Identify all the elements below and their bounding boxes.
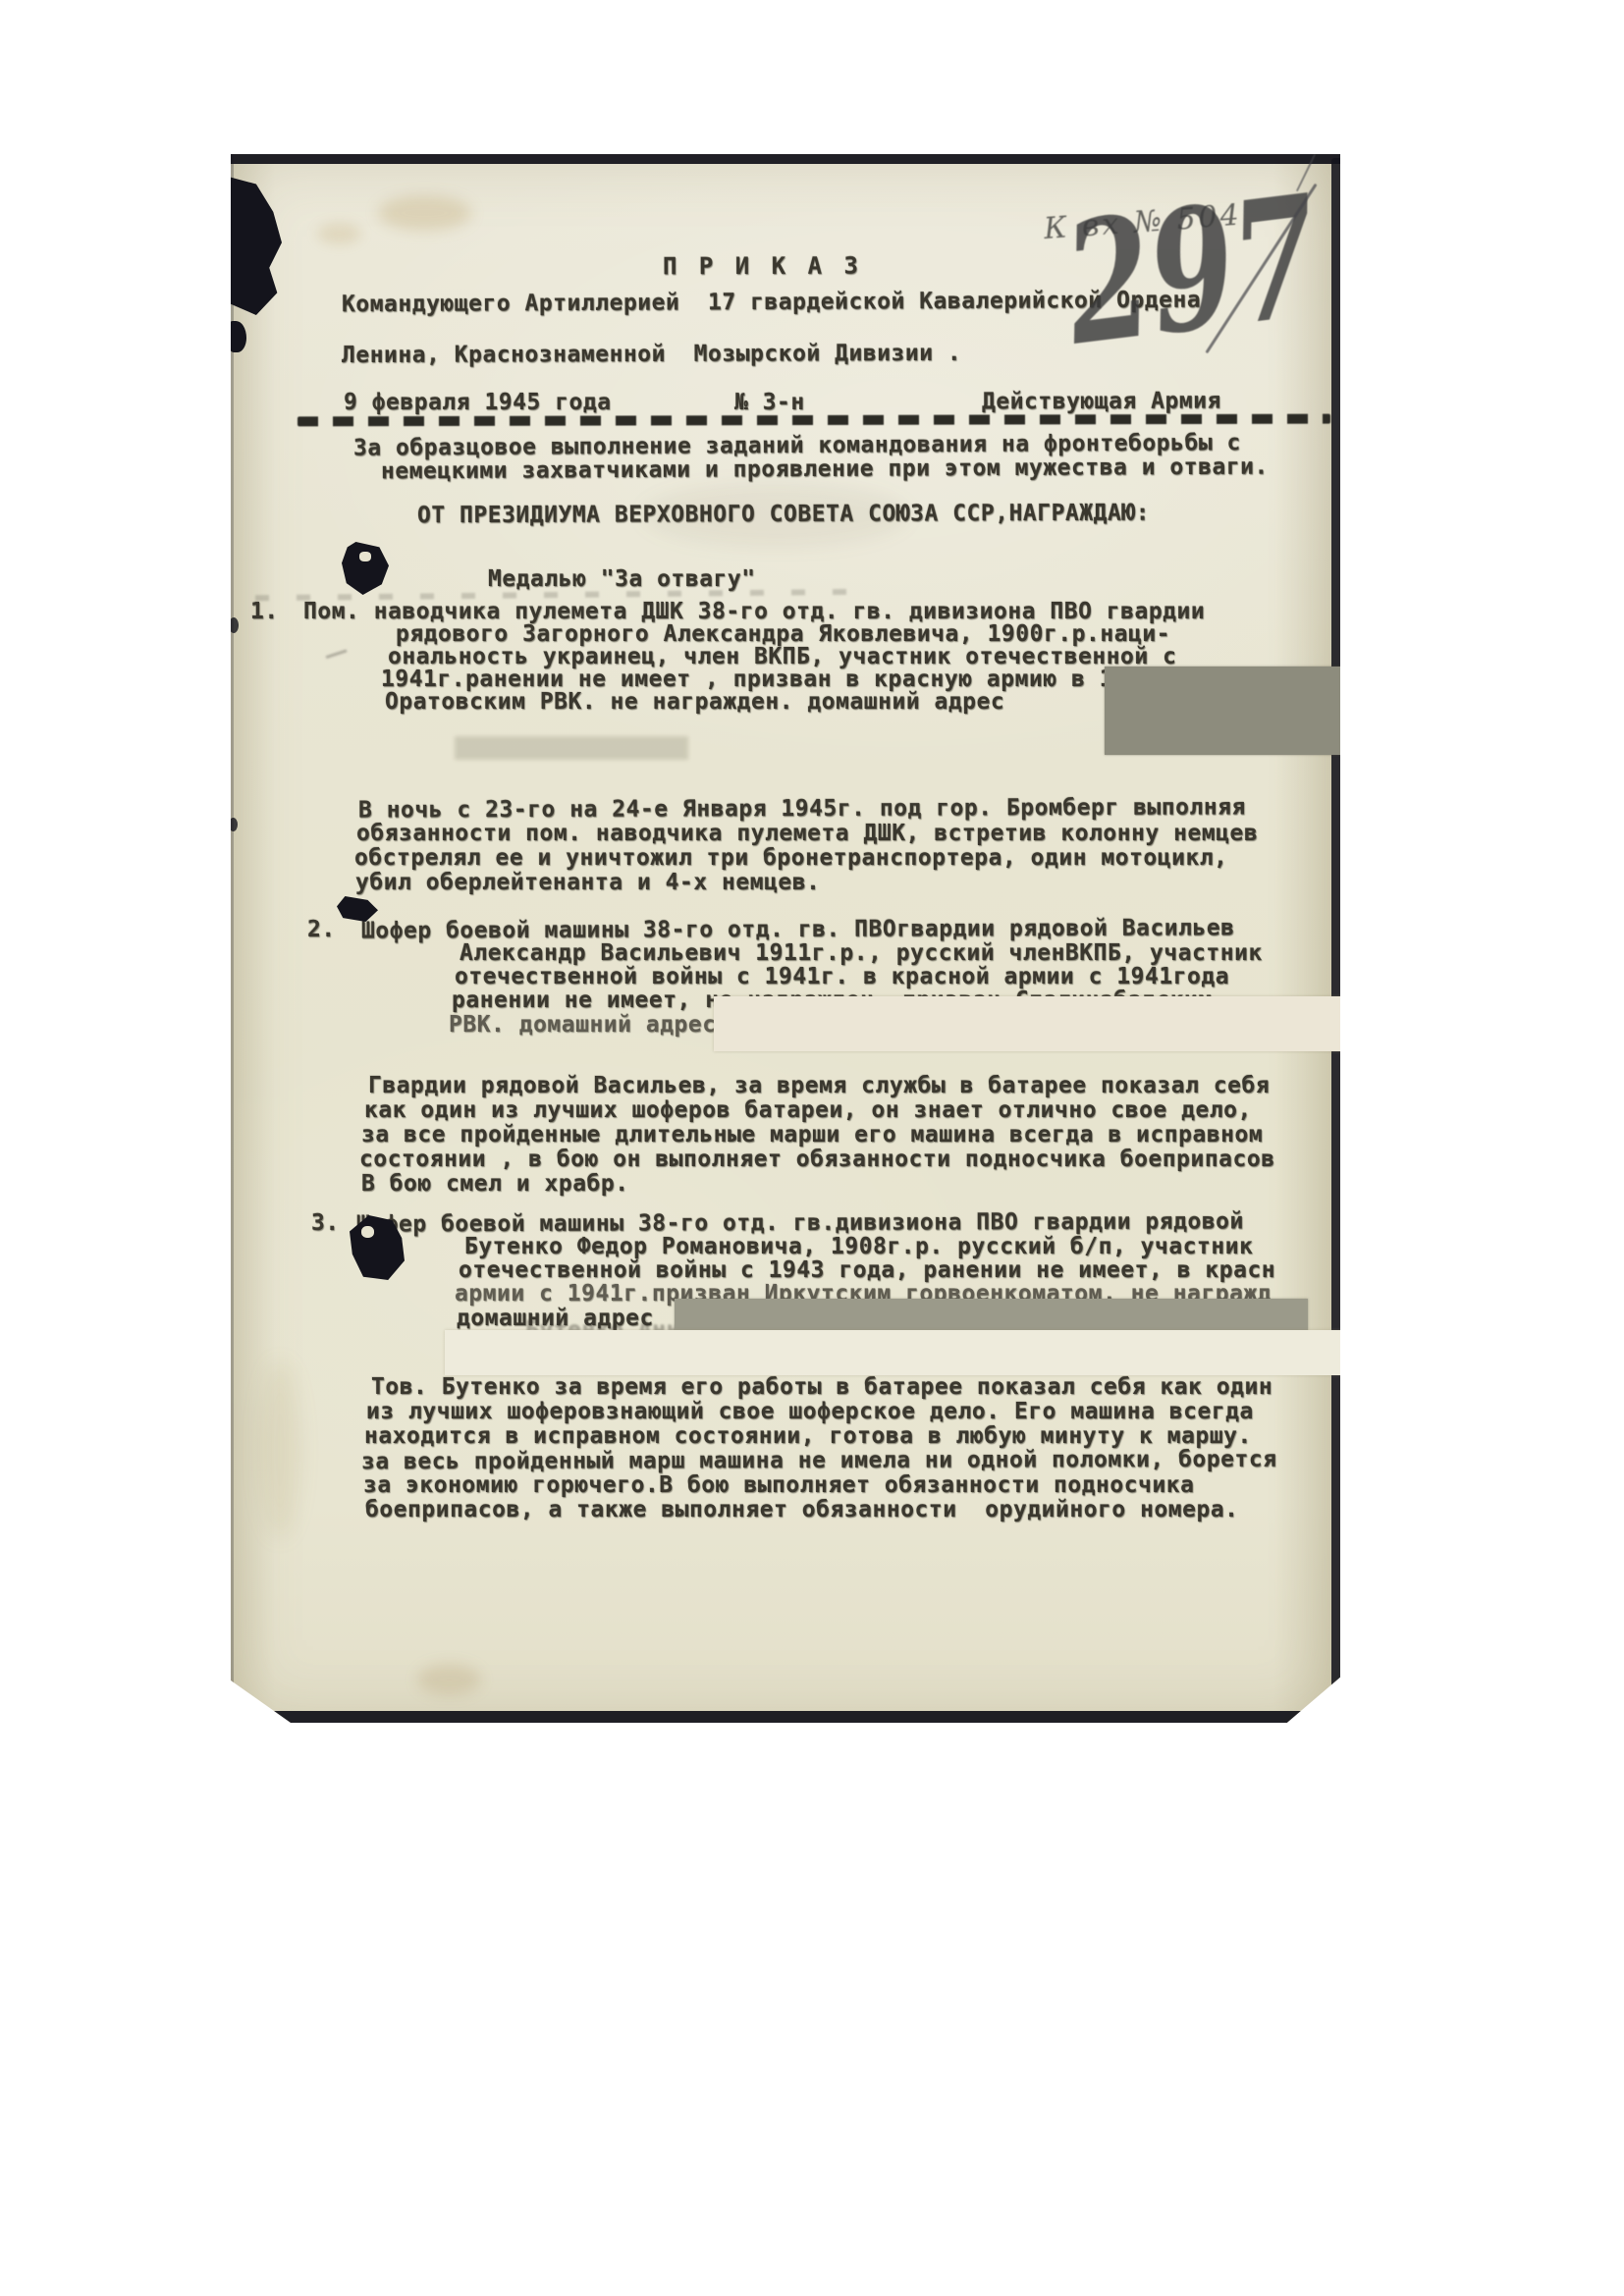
redaction-block xyxy=(1105,667,1342,755)
scan-edge-bottom xyxy=(231,1711,1340,1725)
edge-speck xyxy=(229,818,238,831)
item-number: 2. xyxy=(307,918,336,942)
order-date: 9 февраля 1945 года xyxy=(344,391,612,415)
redaction-smudge xyxy=(455,736,688,760)
scan-background: { "doc": { "annotations": { "registry_no… xyxy=(0,0,1624,2296)
citation-line: находится в исправном состоянии, готова … xyxy=(364,1424,1252,1449)
header-line-2: Ленина, Краснознаменной Мозырской Дивизи… xyxy=(342,342,961,368)
item-line: отечественной войны с 1943 года, ранении… xyxy=(459,1258,1275,1283)
citation-line: состоянии , в бою он выполняет обязаннос… xyxy=(359,1148,1275,1172)
paper-speck xyxy=(653,1818,662,1827)
citation-line: боеприпасов, а также выполняет обязаннос… xyxy=(365,1498,1239,1522)
citation-line: убил оберлейтенанта и 4-х немцев. xyxy=(355,871,820,895)
citation-line: В бою смел и храбр. xyxy=(361,1172,629,1197)
item-line: Александр Васильевич 1911г.р., русский ч… xyxy=(460,941,1263,966)
paper-stain xyxy=(417,1664,481,1695)
redaction-block xyxy=(445,1330,1348,1375)
item-line: отечественной войны с 1941г. в красной а… xyxy=(455,965,1229,989)
order-title: П Р И К А З xyxy=(663,254,862,280)
citation-line: Тов. Бутенко за время его работы в батар… xyxy=(371,1375,1272,1400)
torn-edge-blot xyxy=(225,176,282,315)
scan-edge-left xyxy=(231,154,234,1721)
award-heading: ОТ ПРЕЗИДИУМА ВЕРХОВНОГО СОВЕТА СОЮЗА СС… xyxy=(417,502,1150,529)
redaction-block xyxy=(675,1299,1308,1334)
scan-edge-right xyxy=(1331,158,1342,1715)
citation-line: Гвардии рядовой Васильев, за время служб… xyxy=(368,1074,1270,1098)
citation-line: В ночь с 23-го на 24-е Января 1945г. под… xyxy=(358,795,1246,823)
citation-line: обязанности пом. наводчика пулемета ДШК,… xyxy=(356,822,1258,846)
ink-blot-notch xyxy=(361,1226,374,1238)
dashed-separator xyxy=(298,414,1330,427)
redaction-block xyxy=(714,996,1347,1051)
handwritten-page-number: 297 xyxy=(1057,173,1326,369)
item-line: РВК. домашний адрес: xyxy=(449,1013,731,1038)
army-note: Действующая Армия xyxy=(982,390,1221,415)
item-line: Оратовским РВК. не награжден. домашний а… xyxy=(385,690,1004,715)
item-number: 3. xyxy=(311,1211,340,1236)
medal-line: Медалью "За отвагу" xyxy=(488,567,756,592)
order-number: № 3-н xyxy=(734,391,805,415)
citation-line: из лучших шоферовзнающий свое шоферское … xyxy=(366,1400,1254,1424)
citation-line: как один из лучших шоферов батареи, он з… xyxy=(364,1098,1252,1123)
paper-stain xyxy=(260,1362,299,1538)
ink-blot xyxy=(342,542,389,595)
paper-stain xyxy=(378,195,471,231)
citation-line: за экономию горючего.В бою выполняет обя… xyxy=(363,1473,1194,1498)
scan-edge-top xyxy=(229,152,1342,164)
item-line: Бутенко Федор Романовича, 1908г.р. русск… xyxy=(464,1235,1253,1259)
ink-blot-notch xyxy=(359,552,371,561)
item-number: 1. xyxy=(250,600,279,624)
preamble-line-2: немецкими захватчиками и проявление при … xyxy=(381,455,1269,485)
document-page: К вх № 504 297 П Р И К А З Командующего … xyxy=(231,154,1340,1723)
torn-edge-blot xyxy=(227,321,246,352)
pencil-tick xyxy=(323,640,348,659)
citation-line: за все пройденные длительные марши его м… xyxy=(361,1123,1263,1148)
edge-speck xyxy=(229,617,239,633)
paper-stain xyxy=(317,223,361,244)
citation-line: за весь пройденный марш машина не имела … xyxy=(361,1448,1277,1474)
citation-line: обстрелял ее и уничтожил три бронетрансп… xyxy=(354,846,1228,871)
